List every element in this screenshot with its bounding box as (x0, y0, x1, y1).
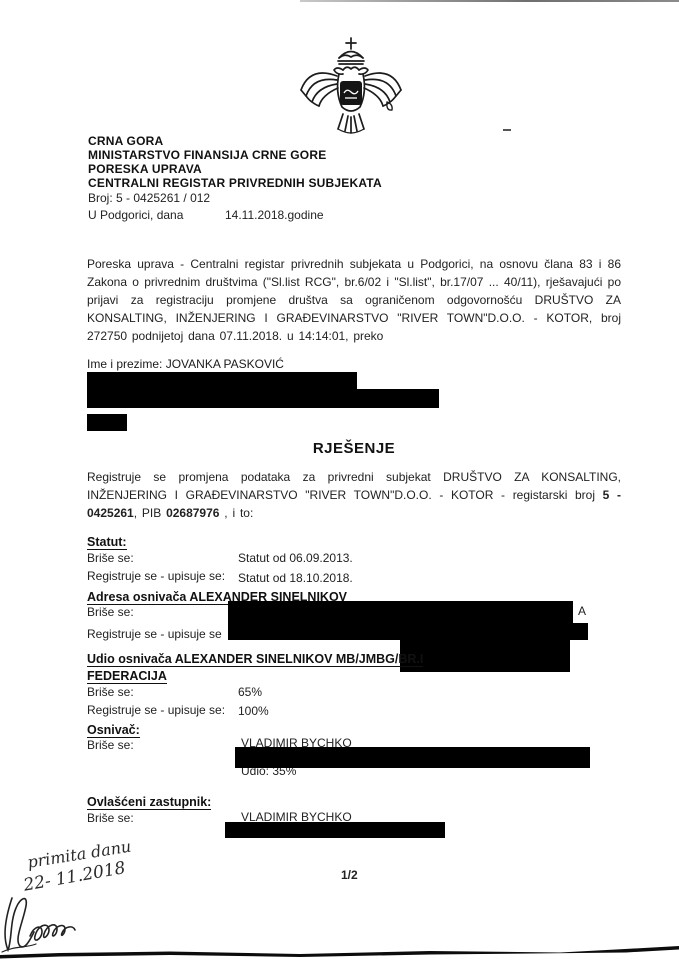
brise-se-label: Briše se: (87, 551, 134, 565)
section-heading-osnivac: Osnivač: (87, 721, 140, 739)
intro-paragraph: Poreska uprava - Centralni registar priv… (87, 255, 621, 345)
redaction-bar (87, 372, 357, 390)
udio-new-value: 100% (238, 704, 269, 718)
section-heading-udio-line1: Udio osnivača ALEXANDER SINELNIKOV MB/JM… (87, 650, 423, 668)
case-number: Broj: 5 - 0425261 / 012 (88, 191, 210, 205)
submitter-name: JOVANKA PASKOVIĆ (166, 357, 284, 371)
pib-number: 02687976 (166, 506, 219, 520)
page-number: 1/2 (341, 868, 358, 882)
udio-old-value: 65% (238, 685, 262, 699)
statut-new-value: Statut od 18.10.2018. (238, 571, 353, 585)
section-heading-udio-line2: FEDERACIJA (87, 667, 167, 685)
section-heading-zastupnik: Ovlašćeni zastupnik: (87, 793, 211, 811)
montenegro-coat-of-arms-icon (292, 36, 410, 138)
scanned-document-page: CRNA GORA MINISTARSTVO FINANSIJA CRNE GO… (0, 0, 679, 960)
redaction-bar (228, 601, 573, 623)
registruje-se-label: Registruje se - upisuje se (87, 627, 222, 641)
redaction-bar (225, 822, 445, 838)
submitter-line: Ime i prezime: JOVANKA PASKOVIĆ (87, 357, 284, 371)
redaction-bar (228, 623, 588, 640)
redaction-bar (235, 747, 590, 768)
decision-text-3: , i to: (219, 506, 253, 520)
redaction-bar (87, 414, 127, 431)
scan-speck (503, 129, 511, 131)
letterhead-department: PORESKA UPRAVA (88, 162, 202, 176)
place-and-date-label: U Podgorici, dana (88, 208, 183, 222)
letterhead-registry: CENTRALNI REGISTAR PRIVREDNIH SUBJEKATA (88, 176, 382, 190)
decision-paragraph: Registruje se promjena podataka za privr… (87, 468, 621, 522)
submitter-label: Ime i prezime: (87, 357, 162, 371)
letterhead-ministry: MINISTARSTVO FINANSIJA CRNE GORE (88, 148, 326, 162)
registruje-se-label: Registruje se - upisuje se: (87, 569, 225, 583)
redaction-bar (400, 640, 570, 672)
adresa-trailing-char: A (578, 604, 586, 618)
coat-shield (340, 81, 362, 105)
brise-se-label: Briše se: (87, 685, 134, 699)
decision-text-1: Registruje se promjena podataka za privr… (87, 470, 621, 502)
brise-se-label: Briše se: (87, 811, 134, 825)
brise-se-label: Briše se: (87, 738, 134, 752)
decision-text-2: , PIB (134, 506, 166, 520)
scan-artifact-bottom-line (0, 944, 679, 960)
section-heading-statut: Statut: (87, 533, 127, 551)
redaction-bar (87, 389, 439, 408)
document-title: RJEŠENJE (87, 440, 621, 457)
statut-old-value: Statut od 06.09.2013. (238, 551, 353, 565)
brise-se-label: Briše se: (87, 605, 134, 619)
scan-artifact-top-line (300, 0, 679, 2)
letterhead-country: CRNA GORA (88, 134, 163, 148)
registruje-se-label: Registruje se - upisuje se: (87, 703, 225, 717)
document-date: 14.11.2018.godine (225, 208, 324, 222)
